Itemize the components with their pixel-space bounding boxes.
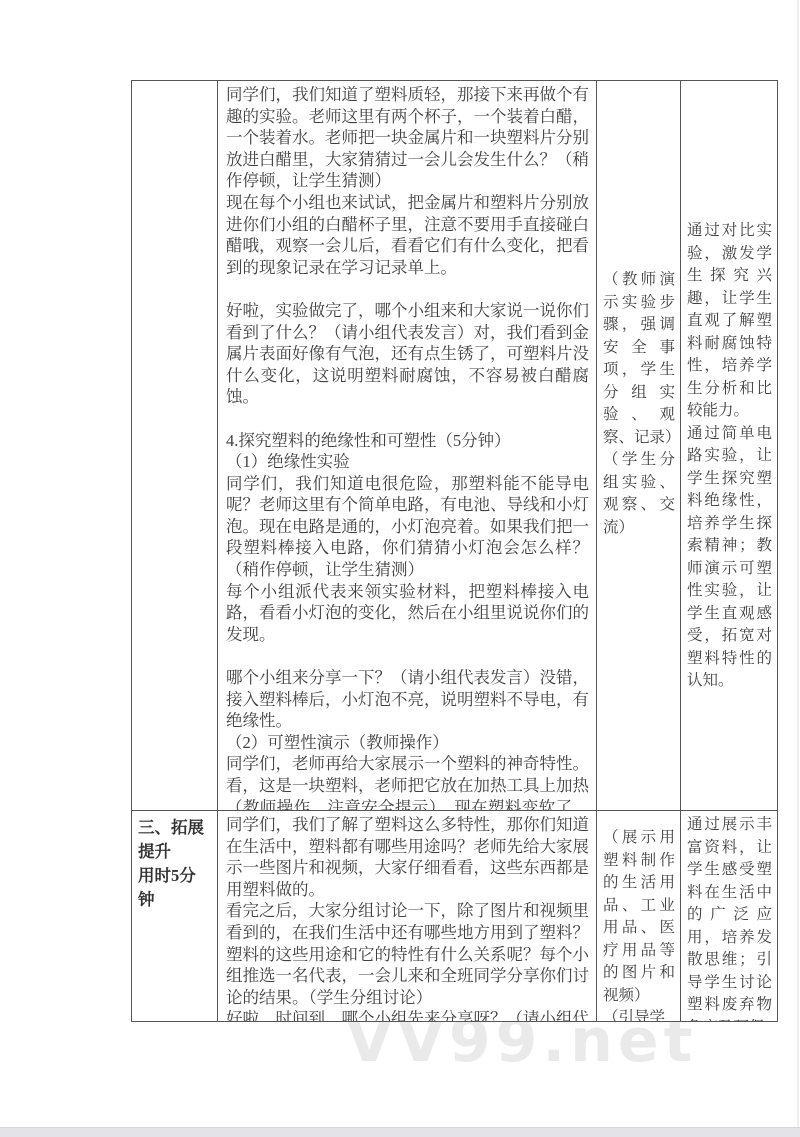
stage-cell — [132, 81, 218, 810]
content-paragraph: 4.探究塑料的绝缘性和可塑性（5分钟） — [226, 430, 589, 452]
design-intent-paragraph: 通过对比实验，激发学生探究兴趣，让学生直观了解塑料耐腐蚀特性，培养学生分析和比较… — [687, 220, 772, 423]
scan-bottom-edge — [0, 1127, 800, 1137]
content-paragraph: （1）绝缘性实验 — [226, 451, 589, 473]
scanned-lesson-plan-page: VV99.net 同学们，我们知道了塑料质轻，那接下来再做个有趣的实验。老师这里… — [0, 0, 800, 1137]
content-paragraph — [226, 408, 589, 430]
design-intent-cell: 通过对比实验，激发学生探究兴趣，让学生直观了解塑料耐腐蚀特性，培养学生分析和比较… — [681, 81, 777, 810]
content-paragraph: 同学们，我们知道了塑料质轻，那接下来再做个有趣的实验。老师这里有两个杯子，一个装… — [226, 84, 589, 192]
content-paragraph: 好啦，实验做完了，哪个小组来和大家说一说你们看到了什么？（请小组代表发言）对，我… — [226, 300, 589, 408]
activity-note: （学生分组实验、观察、交流） — [603, 449, 675, 539]
content-paragraph: 每个小组派代表来领实验材料，把塑料棒接入电路，看看小灯泡的变化，然后在小组里说说… — [226, 581, 589, 646]
activity-notes-cell: （教师演示实验步骤，强调安全事项，学生分组实验、观察、记录）（学生分组实验、观察… — [597, 81, 681, 810]
content-paragraph: 看完之后，大家分组讨论一下，除了图片和视频里看到的，在我们生活中还有哪些地方用到… — [226, 900, 589, 1008]
content-paragraph: 现在每个小组也来试试，把金属片和塑料片分别放进你们小组的白醋杯子里，注意不要用手… — [226, 192, 589, 278]
activity-notes-cell: （展示用塑料制作的生活用品、工业用品、医疗用品等的图片和视频）（引导学 — [597, 811, 681, 1021]
activity-note: （引导学 — [603, 1007, 675, 1021]
content-paragraph — [226, 278, 589, 300]
scan-right-edge — [797, 0, 799, 1137]
content-paragraph: 好啦，时间到。哪个小组先来分享呀？（请小组代表 — [226, 1008, 589, 1021]
teaching-content-cell: 同学们，我们知道了塑料质轻，那接下来再做个有趣的实验。老师这里有两个杯子，一个装… — [218, 81, 597, 810]
content-paragraph: 同学们，我们知道电很危险，那塑料能不能导电呢？老师这里有个简单电路，有电池、导线… — [226, 473, 589, 581]
content-paragraph: （2）可塑性演示（教师操作） — [226, 732, 589, 754]
content-paragraph: 同学们，我们了解了塑料这么多特性，那你们知道在生活中，塑料都有哪些用途吗？老师先… — [226, 814, 589, 900]
content-paragraph: 哪个小组来分享一下？（请小组代表发言）没错，接入塑料棒后，小灯泡不亮，说明塑料不… — [226, 667, 589, 732]
stage-cell: 三、拓展提升 用时5分钟 — [132, 811, 218, 1021]
content-paragraph — [226, 645, 589, 667]
content-paragraph: 同学们，老师再给大家展示一个塑料的神奇特性。看，这是一块塑料，老师把它放在加热工… — [226, 753, 589, 810]
design-intent-cell: 通过展示丰富资料，让学生感受塑料在生活中的广泛应用，培养发散思维；引导学生讨论塑… — [681, 811, 777, 1021]
table-row-teaching-process: 同学们，我们知道了塑料质轻，那接下来再做个有趣的实验。老师这里有两个杯子，一个装… — [132, 81, 777, 811]
design-intent-paragraph: 通过简单电路实验，让学生探究塑料绝缘性，培养学生探索精神；教师演示可塑性实验，让… — [687, 423, 772, 693]
design-intent-paragraph: 通过展示丰富资料，让学生感受塑料在生活中的广泛应用，培养发散思维；引导学生讨论塑… — [687, 814, 772, 1021]
activity-note: （教师演示实验步骤，强调安全事项，学生分组实验、观察、记录） — [603, 269, 675, 449]
teaching-content-cell: 同学们，我们了解了塑料这么多特性，那你们知道在生活中，塑料都有哪些用途吗？老师先… — [218, 811, 597, 1021]
activity-note: （展示用塑料制作的生活用品、工业用品、医疗用品等的图片和视频） — [603, 827, 675, 1007]
table-row-extension: 三、拓展提升 用时5分钟 同学们，我们了解了塑料这么多特性，那你们知道在生活中，… — [132, 811, 777, 1021]
lesson-plan-table: 同学们，我们知道了塑料质轻，那接下来再做个有趣的实验。老师这里有两个杯子，一个装… — [131, 80, 778, 1022]
